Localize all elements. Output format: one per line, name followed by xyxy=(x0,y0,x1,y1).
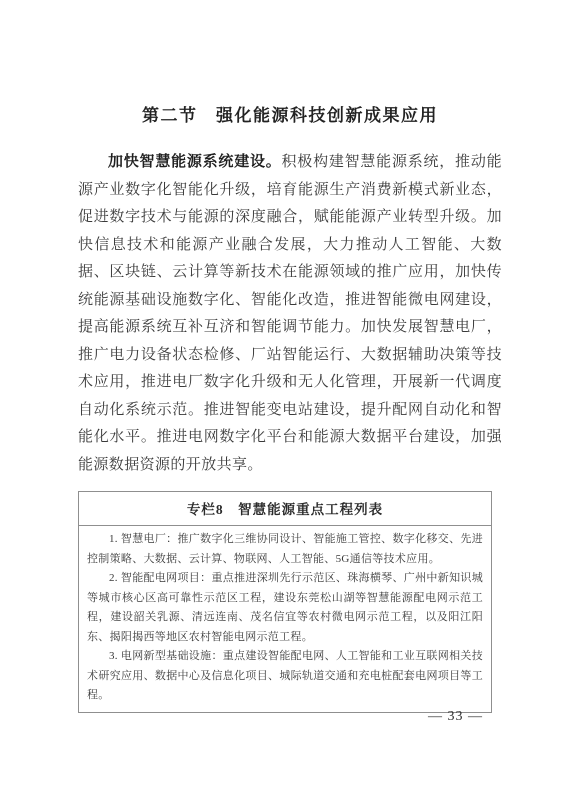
body-paragraph: 加快智慧能源系统建设。积极构建智慧能源系统，推动能源产业数字化智能化升级，培育能… xyxy=(78,149,502,479)
page-number: — 33 — xyxy=(428,709,483,725)
section-heading: 第二节 强化能源科技创新成果应用 xyxy=(78,104,502,128)
content-column: 第二节 强化能源科技创新成果应用 加快智慧能源系统建设。积极构建智慧能源系统，推… xyxy=(78,104,502,713)
callout-title: 专栏8 智慧能源重点工程列表 xyxy=(79,492,491,526)
document-page: 第二节 强化能源科技创新成果应用 加快智慧能源系统建设。积极构建智慧能源系统，推… xyxy=(0,0,565,800)
paragraph-text: 积极构建智慧能源系统，推动能源产业数字化智能化升级，培育能源生产消费新模式新业态… xyxy=(78,154,502,473)
callout-item-2: 2. 智能配电网项目：重点推进深圳先行示范区、珠海横琴、广州中新知识城等城市核心… xyxy=(87,569,483,647)
paragraph-lead: 加快智慧能源系统建设。 xyxy=(108,154,282,170)
callout-body: 1. 智慧电厂：推广数字化三维协同设计、智能施工管控、数字化移交、先进控制策略、… xyxy=(79,526,491,712)
callout-item-3: 3. 电网新型基础设施：重点建设智能配电网、人工智能和工业互联网相关技术研究应用… xyxy=(87,647,483,706)
callout-item-1: 1. 智慧电厂：推广数字化三维协同设计、智能施工管控、数字化移交、先进控制策略、… xyxy=(87,530,483,569)
callout-box: 专栏8 智慧能源重点工程列表 1. 智慧电厂：推广数字化三维协同设计、智能施工管… xyxy=(78,491,492,713)
